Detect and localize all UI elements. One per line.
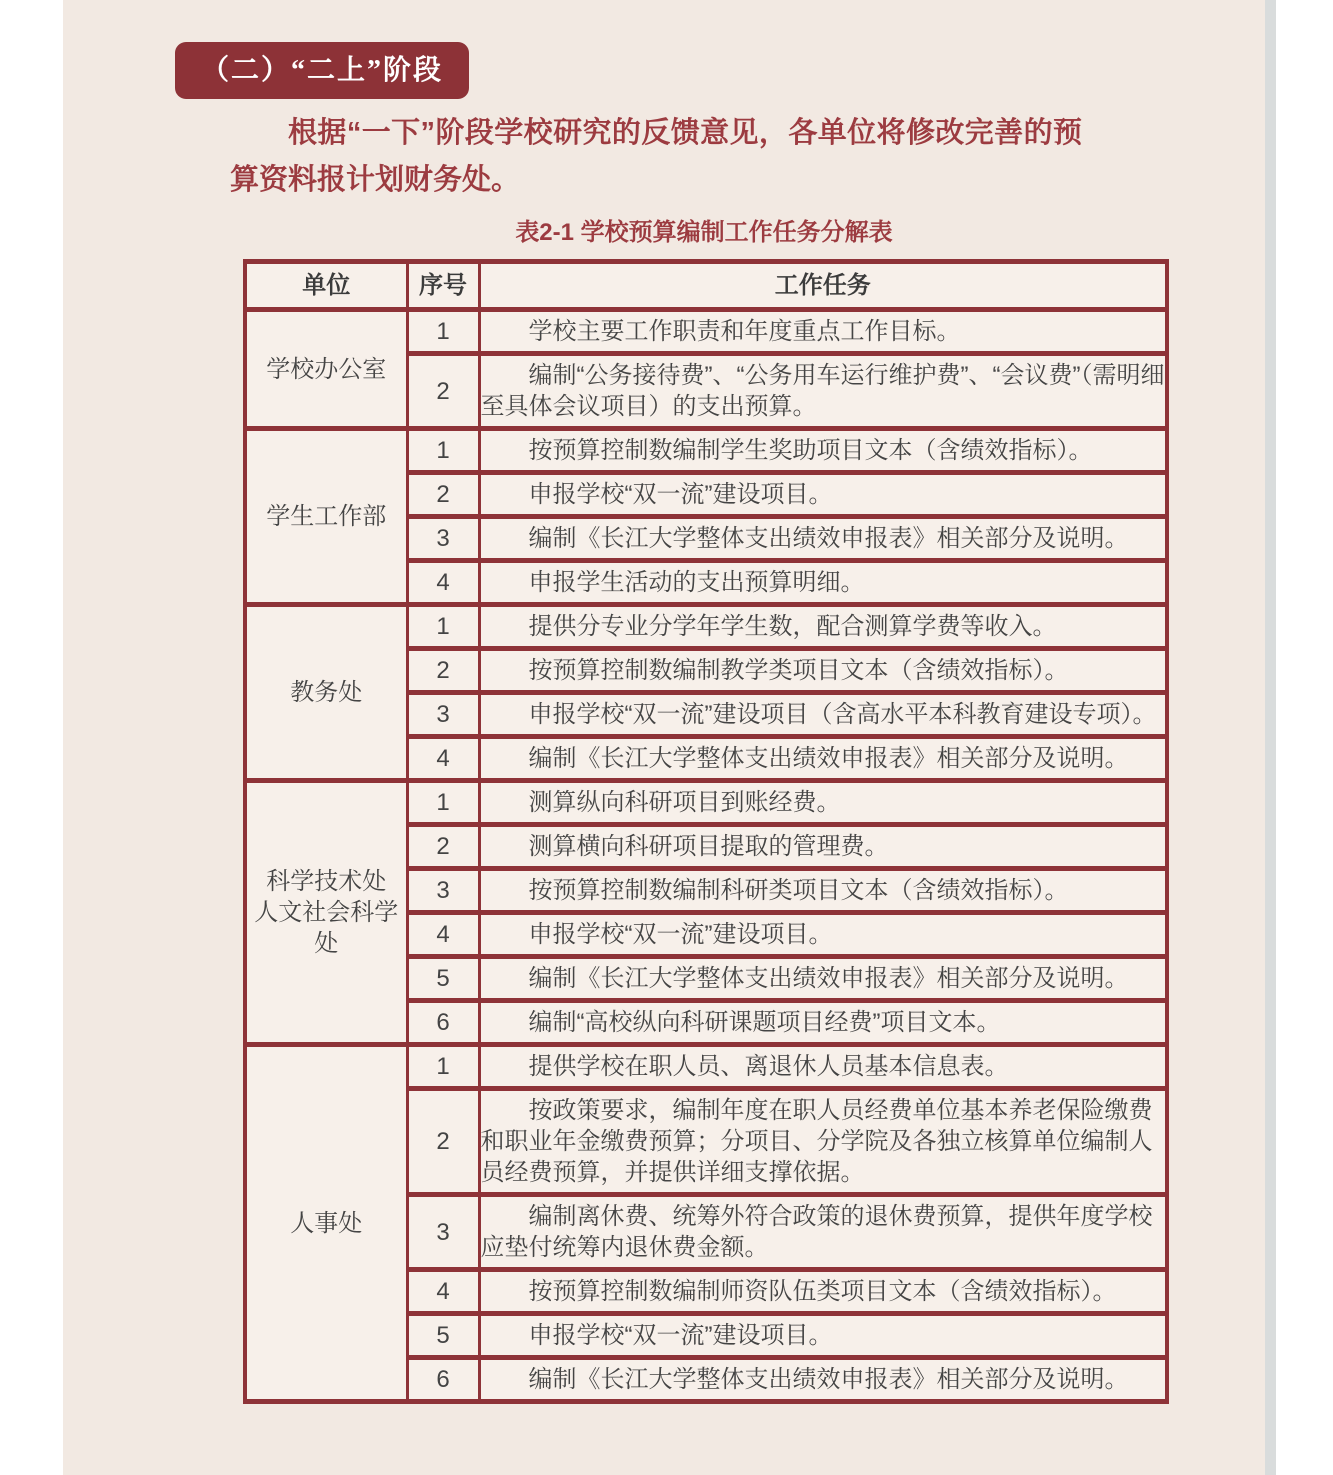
seq-cell: 1 bbox=[407, 1045, 479, 1089]
seq-cell: 4 bbox=[407, 561, 479, 605]
table-row: 学生工作部1按预算控制数编制学生奖助项目文本（含绩效指标）。 bbox=[245, 429, 1167, 473]
seq-cell: 4 bbox=[407, 913, 479, 957]
seq-cell: 5 bbox=[407, 1314, 479, 1358]
task-cell: 申报学校“双一流”建设项目。 bbox=[479, 1314, 1167, 1358]
seq-cell: 2 bbox=[407, 354, 479, 429]
task-cell: 编制“公务接待费”、“公务用车运行维护费”、“会议费”（需明细至具体会议项目）的… bbox=[479, 354, 1167, 429]
seq-cell: 6 bbox=[407, 1358, 479, 1402]
seq-cell: 4 bbox=[407, 1270, 479, 1314]
seq-cell: 2 bbox=[407, 473, 479, 517]
seq-cell: 2 bbox=[407, 649, 479, 693]
task-cell: 按预算控制数编制学生奖助项目文本（含绩效指标）。 bbox=[479, 429, 1167, 473]
seq-cell: 2 bbox=[407, 825, 479, 869]
seq-cell: 4 bbox=[407, 737, 479, 781]
task-cell: 提供分专业分学年学生数，配合测算学费等收入。 bbox=[479, 605, 1167, 649]
task-cell: 申报学校“双一流”建设项目。 bbox=[479, 913, 1167, 957]
table-header-row: 单位 序号 工作任务 bbox=[245, 262, 1167, 310]
table-row: 学校办公室1学校主要工作职责和年度重点工作目标。 bbox=[245, 310, 1167, 354]
task-cell: 按预算控制数编制师资队伍类项目文本（含绩效指标）。 bbox=[479, 1270, 1167, 1314]
table-title: 表2-1 学校预算编制工作任务分解表 bbox=[243, 212, 1165, 247]
header-task: 工作任务 bbox=[479, 262, 1167, 310]
task-cell: 按预算控制数编制科研类项目文本（含绩效指标）。 bbox=[479, 869, 1167, 913]
seq-cell: 3 bbox=[407, 517, 479, 561]
seq-cell: 3 bbox=[407, 693, 479, 737]
tasks-table-body: 学校办公室1学校主要工作职责和年度重点工作目标。2编制“公务接待费”、“公务用车… bbox=[245, 310, 1167, 1402]
task-cell: 编制“高校纵向科研课题项目经费”项目文本。 bbox=[479, 1001, 1167, 1045]
seq-cell: 6 bbox=[407, 1001, 479, 1045]
unit-cell: 教务处 bbox=[245, 605, 407, 781]
tasks-table: 单位 序号 工作任务 学校办公室1学校主要工作职责和年度重点工作目标。2编制“公… bbox=[243, 259, 1169, 1404]
seq-cell: 3 bbox=[407, 1195, 479, 1270]
seq-cell: 2 bbox=[407, 1089, 479, 1195]
table-row: 人事处1提供学校在职人员、离退休人员基本信息表。 bbox=[245, 1045, 1167, 1089]
seq-cell: 1 bbox=[407, 605, 479, 649]
section-heading-badge: （二）“二上”阶段 bbox=[175, 42, 469, 99]
unit-cell: 学生工作部 bbox=[245, 429, 407, 605]
task-cell: 测算纵向科研项目到账经费。 bbox=[479, 781, 1167, 825]
intro-paragraph: 根据“一下”阶段学校研究的反馈意见，各单位将修改完善的预算资料报计划财务处。 bbox=[230, 110, 1082, 204]
unit-cell: 学校办公室 bbox=[245, 310, 407, 429]
task-cell: 测算横向科研项目提取的管理费。 bbox=[479, 825, 1167, 869]
task-cell: 学校主要工作职责和年度重点工作目标。 bbox=[479, 310, 1167, 354]
seq-cell: 5 bbox=[407, 957, 479, 1001]
task-cell: 编制《长江大学整体支出绩效申报表》相关部分及说明。 bbox=[479, 1358, 1167, 1402]
header-unit: 单位 bbox=[245, 262, 407, 310]
seq-cell: 1 bbox=[407, 310, 479, 354]
task-cell: 提供学校在职人员、离退休人员基本信息表。 bbox=[479, 1045, 1167, 1089]
task-cell: 申报学生活动的支出预算明细。 bbox=[479, 561, 1167, 605]
document-page: { "page": { "section_badge": "（二）“二上”阶段"… bbox=[0, 0, 1333, 1475]
header-seq: 序号 bbox=[407, 262, 479, 310]
table-row: 科学技术处 人文社会科学处1测算纵向科研项目到账经费。 bbox=[245, 781, 1167, 825]
seq-cell: 1 bbox=[407, 781, 479, 825]
task-cell: 申报学校“双一流”建设项目。 bbox=[479, 473, 1167, 517]
table-row: 教务处1提供分专业分学年学生数，配合测算学费等收入。 bbox=[245, 605, 1167, 649]
task-cell: 编制《长江大学整体支出绩效申报表》相关部分及说明。 bbox=[479, 737, 1167, 781]
task-cell: 编制离休费、统筹外符合政策的退休费预算，提供年度学校应垫付统筹内退休费金额。 bbox=[479, 1195, 1167, 1270]
page-edge-strip bbox=[1265, 0, 1276, 1475]
task-cell: 按政策要求，编制年度在职人员经费单位基本养老保险缴费和职业年金缴费预算；分项目、… bbox=[479, 1089, 1167, 1195]
seq-cell: 1 bbox=[407, 429, 479, 473]
seq-cell: 3 bbox=[407, 869, 479, 913]
task-cell: 编制《长江大学整体支出绩效申报表》相关部分及说明。 bbox=[479, 517, 1167, 561]
unit-cell: 科学技术处 人文社会科学处 bbox=[245, 781, 407, 1045]
task-cell: 申报学校“双一流”建设项目（含高水平本科教育建设专项）。 bbox=[479, 693, 1167, 737]
task-cell: 按预算控制数编制教学类项目文本（含绩效指标）。 bbox=[479, 649, 1167, 693]
task-cell: 编制《长江大学整体支出绩效申报表》相关部分及说明。 bbox=[479, 957, 1167, 1001]
unit-cell: 人事处 bbox=[245, 1045, 407, 1402]
